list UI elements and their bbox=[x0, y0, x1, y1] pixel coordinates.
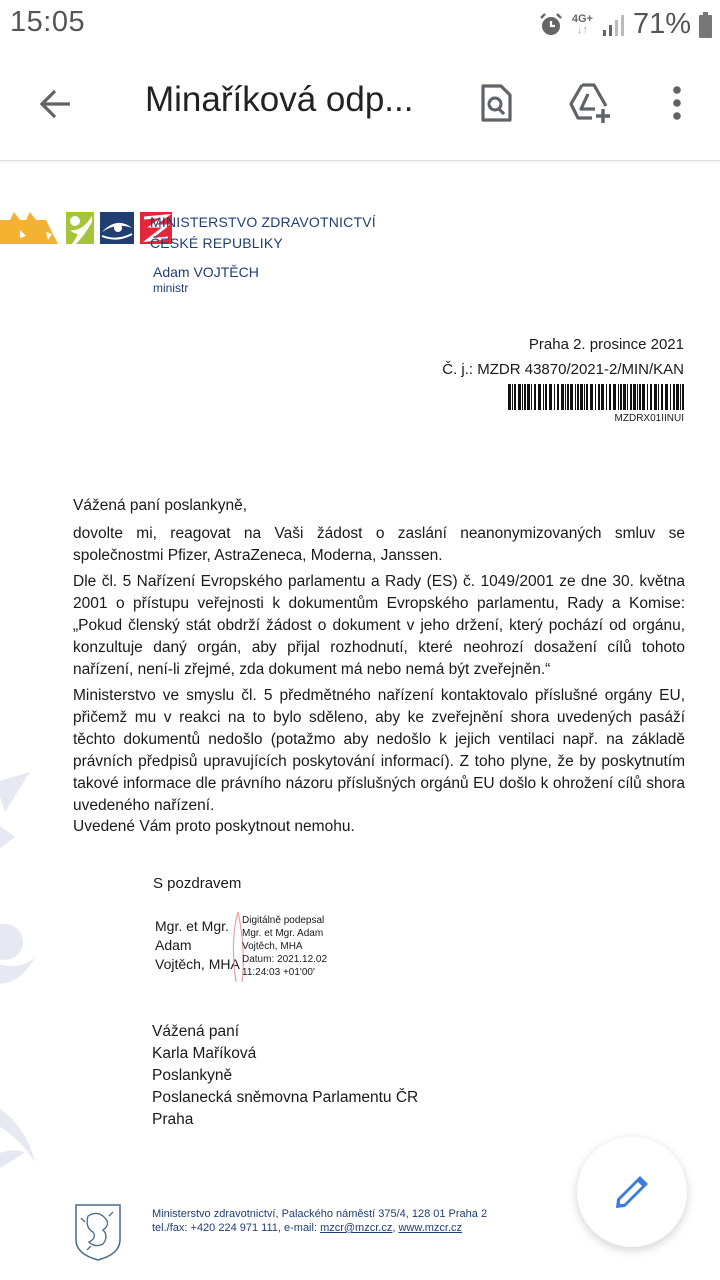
more-options-button[interactable] bbox=[652, 78, 702, 128]
recipient-line: Praha bbox=[152, 1109, 418, 1131]
signal-icon bbox=[601, 13, 625, 37]
footer-contact-line: tel./fax: +420 224 971 111, e-mail: mzcr… bbox=[152, 1221, 487, 1235]
footer-phone: tel./fax: +420 224 971 111, e-mail: bbox=[152, 1222, 320, 1234]
add-to-drive-icon bbox=[568, 82, 614, 124]
logo-figure-icon bbox=[66, 212, 94, 244]
back-arrow-icon bbox=[38, 86, 74, 122]
ministry-name-line1: MINISTERSTVO ZDRAVOTNICTVÍ bbox=[150, 212, 376, 233]
signature-detail-line: Digitálně podepsal bbox=[242, 914, 327, 927]
ministry-logo bbox=[0, 212, 172, 244]
more-vert-icon bbox=[671, 85, 683, 121]
document-page[interactable]: MINISTERSTVO ZDRAVOTNICTVÍ ČESKÉ REPUBLI… bbox=[0, 162, 720, 1280]
minister-name: Adam VOJTĚCH bbox=[153, 264, 259, 280]
logo-eye-icon bbox=[100, 212, 134, 244]
recipient-line: Poslankyně bbox=[152, 1065, 418, 1087]
paragraph-1: dovolte mi, reagovat na Vaši žádost o za… bbox=[73, 523, 685, 567]
find-in-page-icon bbox=[479, 83, 513, 123]
barcode-icon bbox=[508, 384, 685, 410]
status-icons: 4G+ ↓↑ 71% bbox=[538, 8, 712, 41]
network-type-label: 4G+ bbox=[572, 14, 593, 25]
greeting: Vážená paní poslankyně, bbox=[73, 495, 685, 517]
edit-fab-button[interactable] bbox=[577, 1137, 687, 1247]
footer-email-link[interactable]: mzcr@mzcr.cz bbox=[320, 1222, 392, 1234]
battery-icon bbox=[699, 12, 712, 38]
paragraph-4: Uvedené Vám proto poskytnout nemohu. bbox=[73, 816, 685, 838]
status-bar: 15:05 4G+ ↓↑ 71% bbox=[0, 0, 720, 50]
paragraph-3: Ministerstvo ve smyslu čl. 5 předmětného… bbox=[73, 685, 685, 817]
ministry-name-line2: ČESKÉ REPUBLIKY bbox=[150, 233, 376, 254]
footer-contact: Ministerstvo zdravotnictví, Palackého ná… bbox=[152, 1207, 487, 1235]
recipient-line: Vážená paní bbox=[152, 1021, 418, 1043]
paragraph-2: Dle čl. 5 Nařízení Evropského parlamentu… bbox=[73, 571, 685, 681]
find-in-page-button[interactable] bbox=[471, 78, 521, 128]
signature-detail-line: Mgr. et Mgr. Adam bbox=[242, 927, 327, 940]
place-date: Praha 2. prosince 2021 bbox=[529, 336, 684, 353]
footer-website-link[interactable]: www.mzcr.cz bbox=[398, 1222, 462, 1234]
app-bar: Minaříková odp... bbox=[0, 50, 720, 161]
recipient-line: Karla Maříková bbox=[152, 1043, 418, 1065]
alarm-icon bbox=[538, 12, 564, 38]
barcode-text: MZDRX01IINUI bbox=[615, 413, 684, 424]
back-button[interactable] bbox=[32, 80, 80, 128]
state-emblem-icon bbox=[73, 1202, 123, 1262]
logo-sun-icon bbox=[0, 212, 60, 244]
reference-number: Č. j.: MZDR 43870/2021-2/MIN/KAN bbox=[442, 361, 684, 378]
closing: S pozdravem bbox=[153, 875, 241, 892]
add-to-drive-button[interactable] bbox=[566, 78, 616, 128]
signature-details[interactable]: Digitálně podepsal Mgr. et Mgr. Adam Voj… bbox=[242, 914, 327, 979]
footer-address: Ministerstvo zdravotnictví, Palackého ná… bbox=[152, 1207, 487, 1221]
network-4g-icon: 4G+ ↓↑ bbox=[572, 14, 593, 36]
signature-detail-line: Datum: 2021.12.02 bbox=[242, 953, 327, 966]
recipient-line: Poslanecká sněmovna Parlamentu ČR bbox=[152, 1087, 418, 1109]
status-time: 15:05 bbox=[10, 6, 85, 39]
edit-pencil-icon bbox=[612, 1172, 652, 1212]
recipient-address: Vážená paní Karla Maříková Poslankyně Po… bbox=[152, 1021, 418, 1131]
minister-role: ministr bbox=[153, 281, 188, 295]
signature-detail-line: Vojtěch, MHA bbox=[242, 940, 327, 953]
signature-detail-line: 11:24:03 +01'00' bbox=[242, 966, 327, 979]
watermark-logo-icon bbox=[0, 762, 60, 1182]
ministry-name: MINISTERSTVO ZDRAVOTNICTVÍ ČESKÉ REPUBLI… bbox=[150, 212, 376, 254]
battery-percent: 71% bbox=[633, 8, 691, 41]
document-title: Minaříková odp... bbox=[145, 80, 413, 120]
